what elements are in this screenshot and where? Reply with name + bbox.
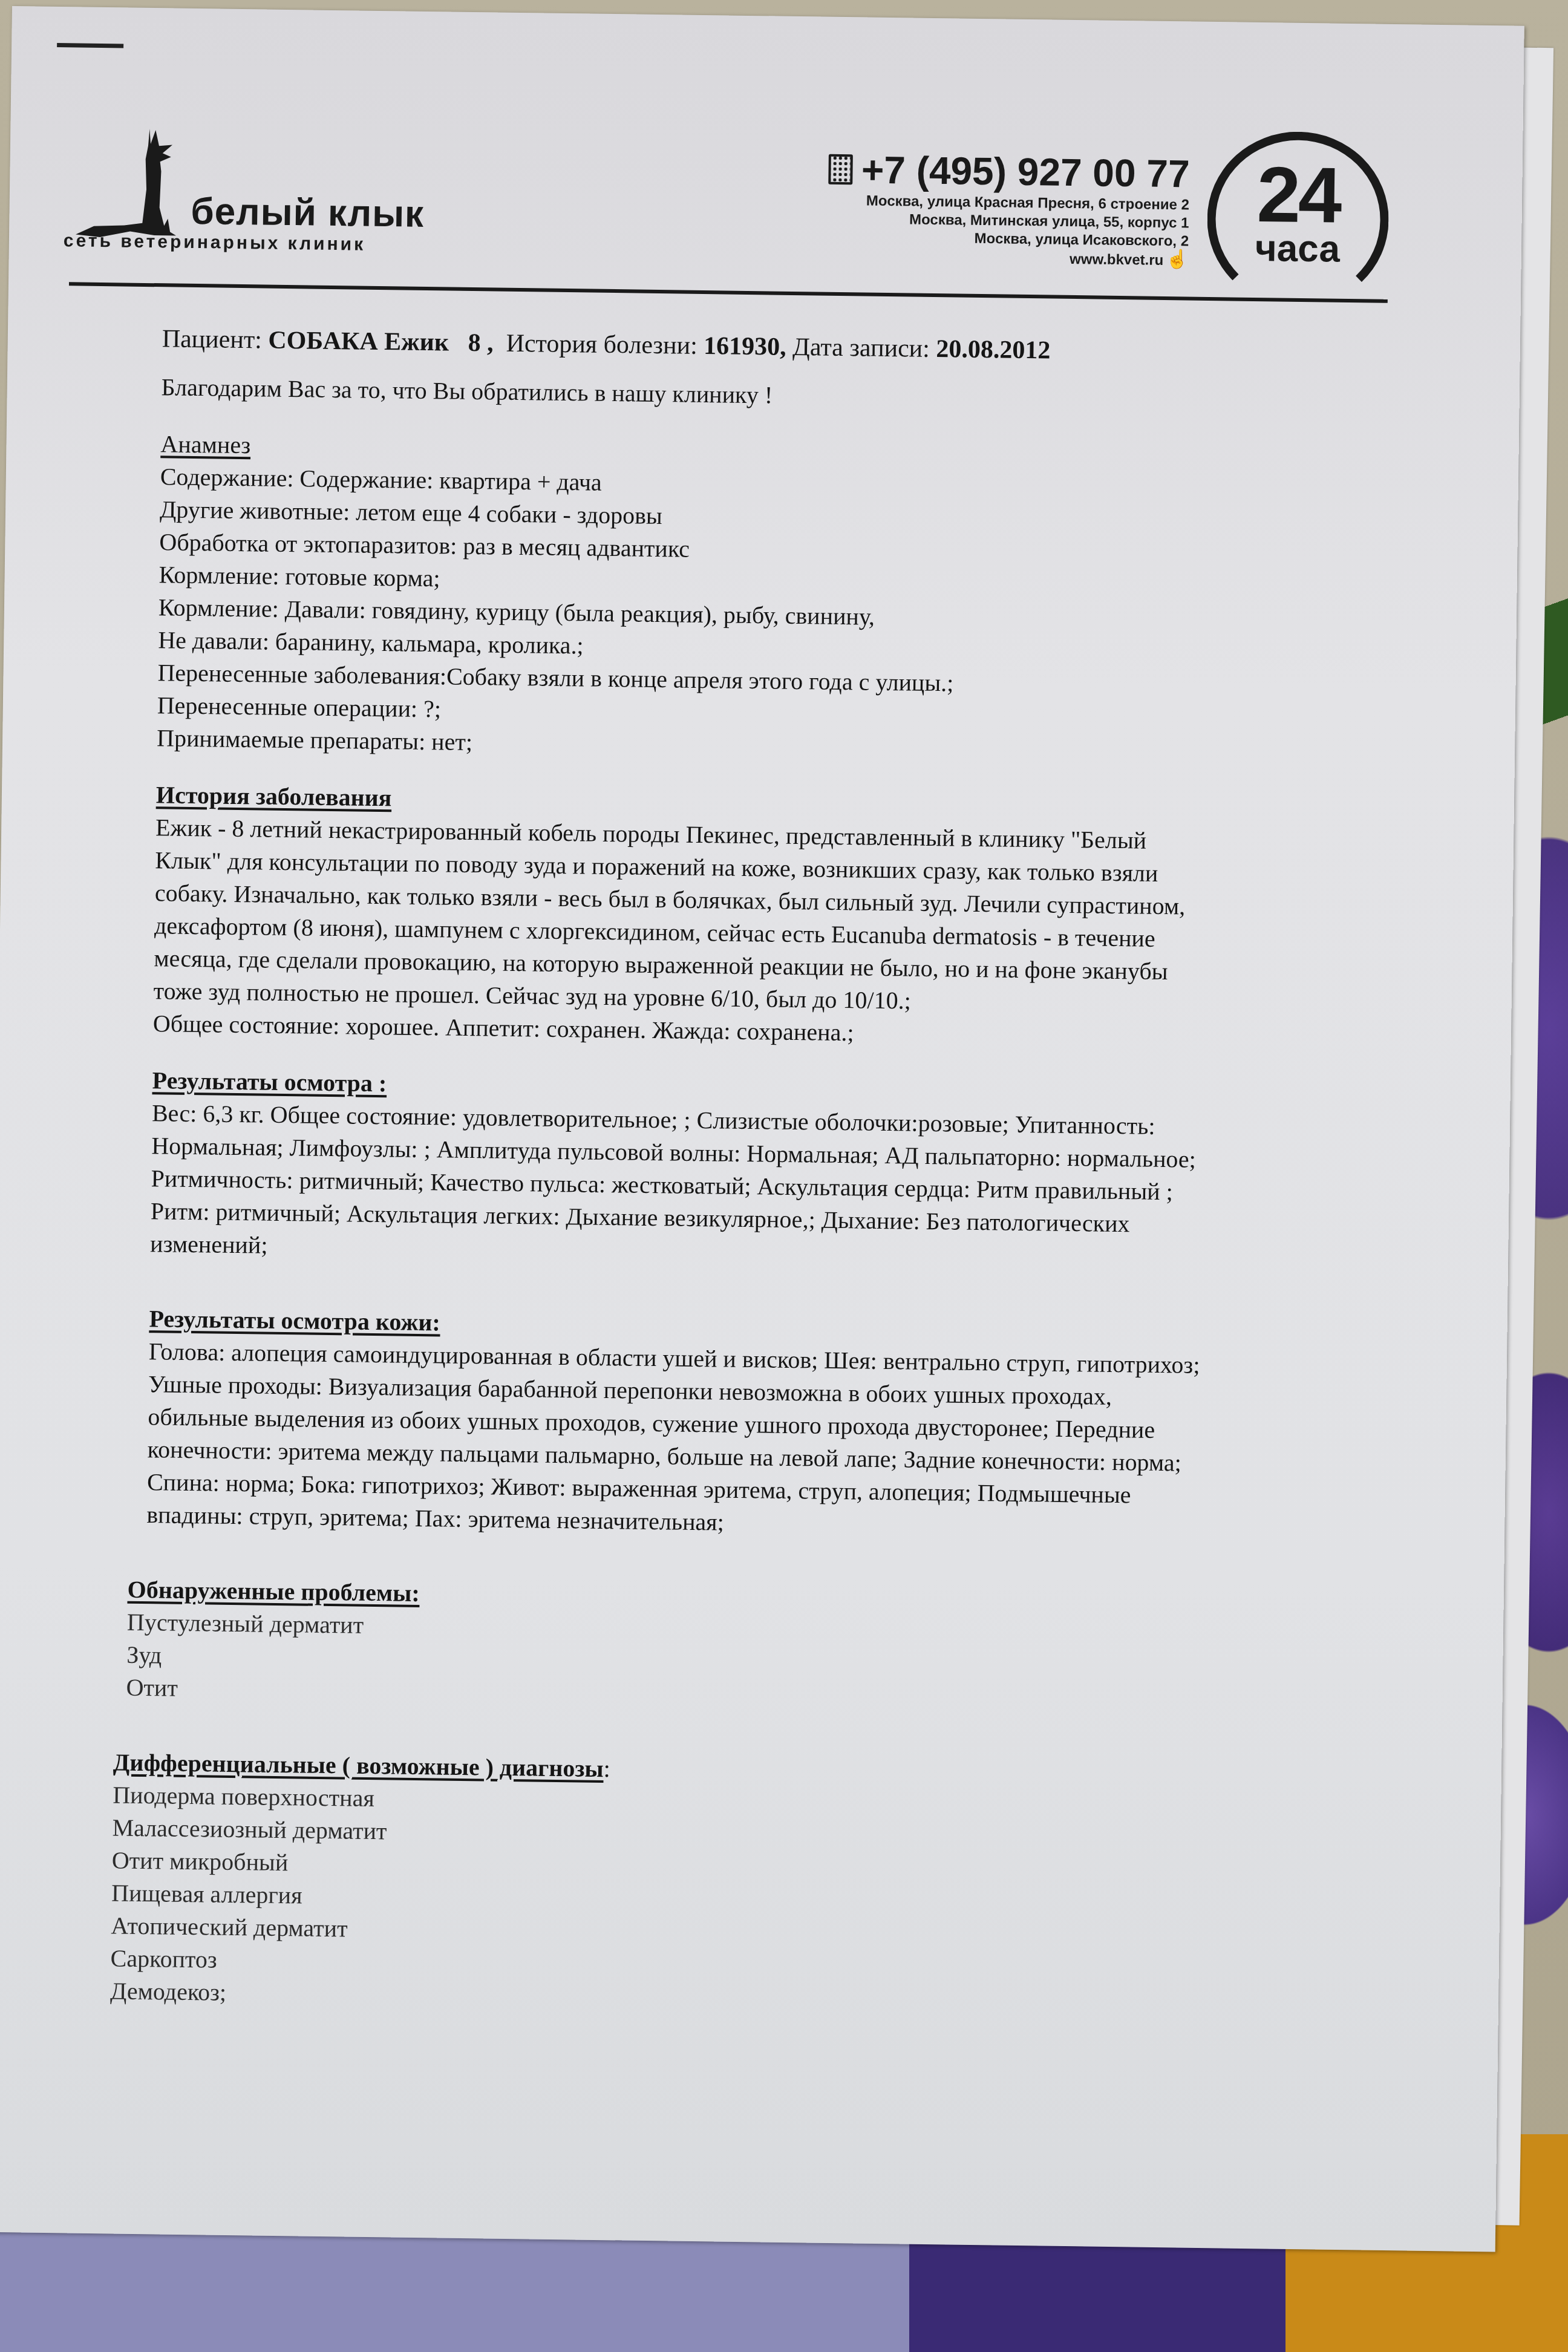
brand-tagline: сеть ветеринарных клиник xyxy=(64,230,366,255)
anamnesis-line-list: Содержание: Содержание: квартира + дачаД… xyxy=(157,460,1491,772)
patient-label: Пациент: xyxy=(162,325,263,354)
section-title: Обнаруженные проблемы: xyxy=(127,1573,420,1610)
patient-age: 8 , xyxy=(468,329,494,358)
problems-section: Обнаруженные проблемы: Пустулезный дерма… xyxy=(126,1573,1477,1722)
hand-cursor-icon: ☝ xyxy=(1166,249,1189,269)
exam-line-list: Вес: 6,3 кг. Общее состояние: удовлетвор… xyxy=(150,1097,1483,1278)
record-body: Пациент: СОБАКА Ежик 8 , История болезни… xyxy=(140,322,1493,2050)
history-label: История болезни: xyxy=(506,330,697,360)
history-number: 161930, xyxy=(704,332,786,361)
open-24-hours-badge: 24 часа xyxy=(1206,131,1390,309)
exam-results-section: Результаты осмотра : Вес: 6,3 кг. Общее … xyxy=(150,1064,1483,1278)
badge-number: 24 xyxy=(1215,157,1381,232)
website-row: www.bkvet.ru☝ xyxy=(828,246,1189,270)
corner-mark xyxy=(57,43,123,48)
section-title: Результаты осмотра : xyxy=(152,1064,387,1100)
phone-number: +7 (495) 927 00 77 xyxy=(861,147,1190,196)
thank-you-note: Благодарим Вас за то, что Вы обратились … xyxy=(161,371,1492,421)
medical-record-page: белый клык сеть ветеринарных клиник +7 (… xyxy=(0,6,1524,2252)
differential-section: Дифференциальные ( возможные ) диагнозы:… xyxy=(110,1746,1474,2025)
patient-name: СОБАКА Ежик xyxy=(268,327,449,357)
problem-item-list: Пустулезный дерматитЗудОтит xyxy=(126,1606,1476,1722)
phone-icon xyxy=(829,154,854,185)
section-title-suffix: : xyxy=(603,1755,610,1782)
disease-history-section: История заболевания Ежик - 8 летний нека… xyxy=(153,779,1487,1057)
website-link: www.bkvet.ru xyxy=(1070,251,1163,269)
anamnesis-section: Анамнез Содержание: Содержание: квартира… xyxy=(157,428,1492,772)
header-divider xyxy=(69,282,1388,303)
skin-exam-section: Результаты осмотра кожи: Голова: алопеци… xyxy=(146,1302,1480,1549)
badge-label: часа xyxy=(1215,230,1380,269)
contact-block: +7 (495) 927 00 77 Москва, улица Красная… xyxy=(828,147,1190,270)
clinic-header: белый клык сеть ветеринарных клиник +7 (… xyxy=(57,97,1390,309)
clinic-logo: белый клык сеть ветеринарных клиник xyxy=(57,116,434,266)
section-title: Результаты осмотра кожи: xyxy=(149,1302,440,1339)
date-label: Дата записи: xyxy=(792,333,930,363)
skin-exam-line-list: Голова: алопеция самоиндуцированная в об… xyxy=(146,1335,1480,1549)
history-line-list: Ежик - 8 летний некастрированный кобель … xyxy=(153,811,1487,1057)
phone-row: +7 (495) 927 00 77 xyxy=(828,147,1190,197)
patient-info: Пациент: СОБАКА Ежик 8 , История болезни… xyxy=(162,322,1493,373)
brand-name: белый клык xyxy=(191,190,425,236)
record-date: 20.08.2012 xyxy=(936,335,1051,364)
section-title: Анамнез xyxy=(160,428,251,462)
diagnosis-item-list: Пиодерма поверхностнаяМалассезиозный дер… xyxy=(110,1779,1474,2025)
section-title: История заболевания xyxy=(156,779,392,814)
